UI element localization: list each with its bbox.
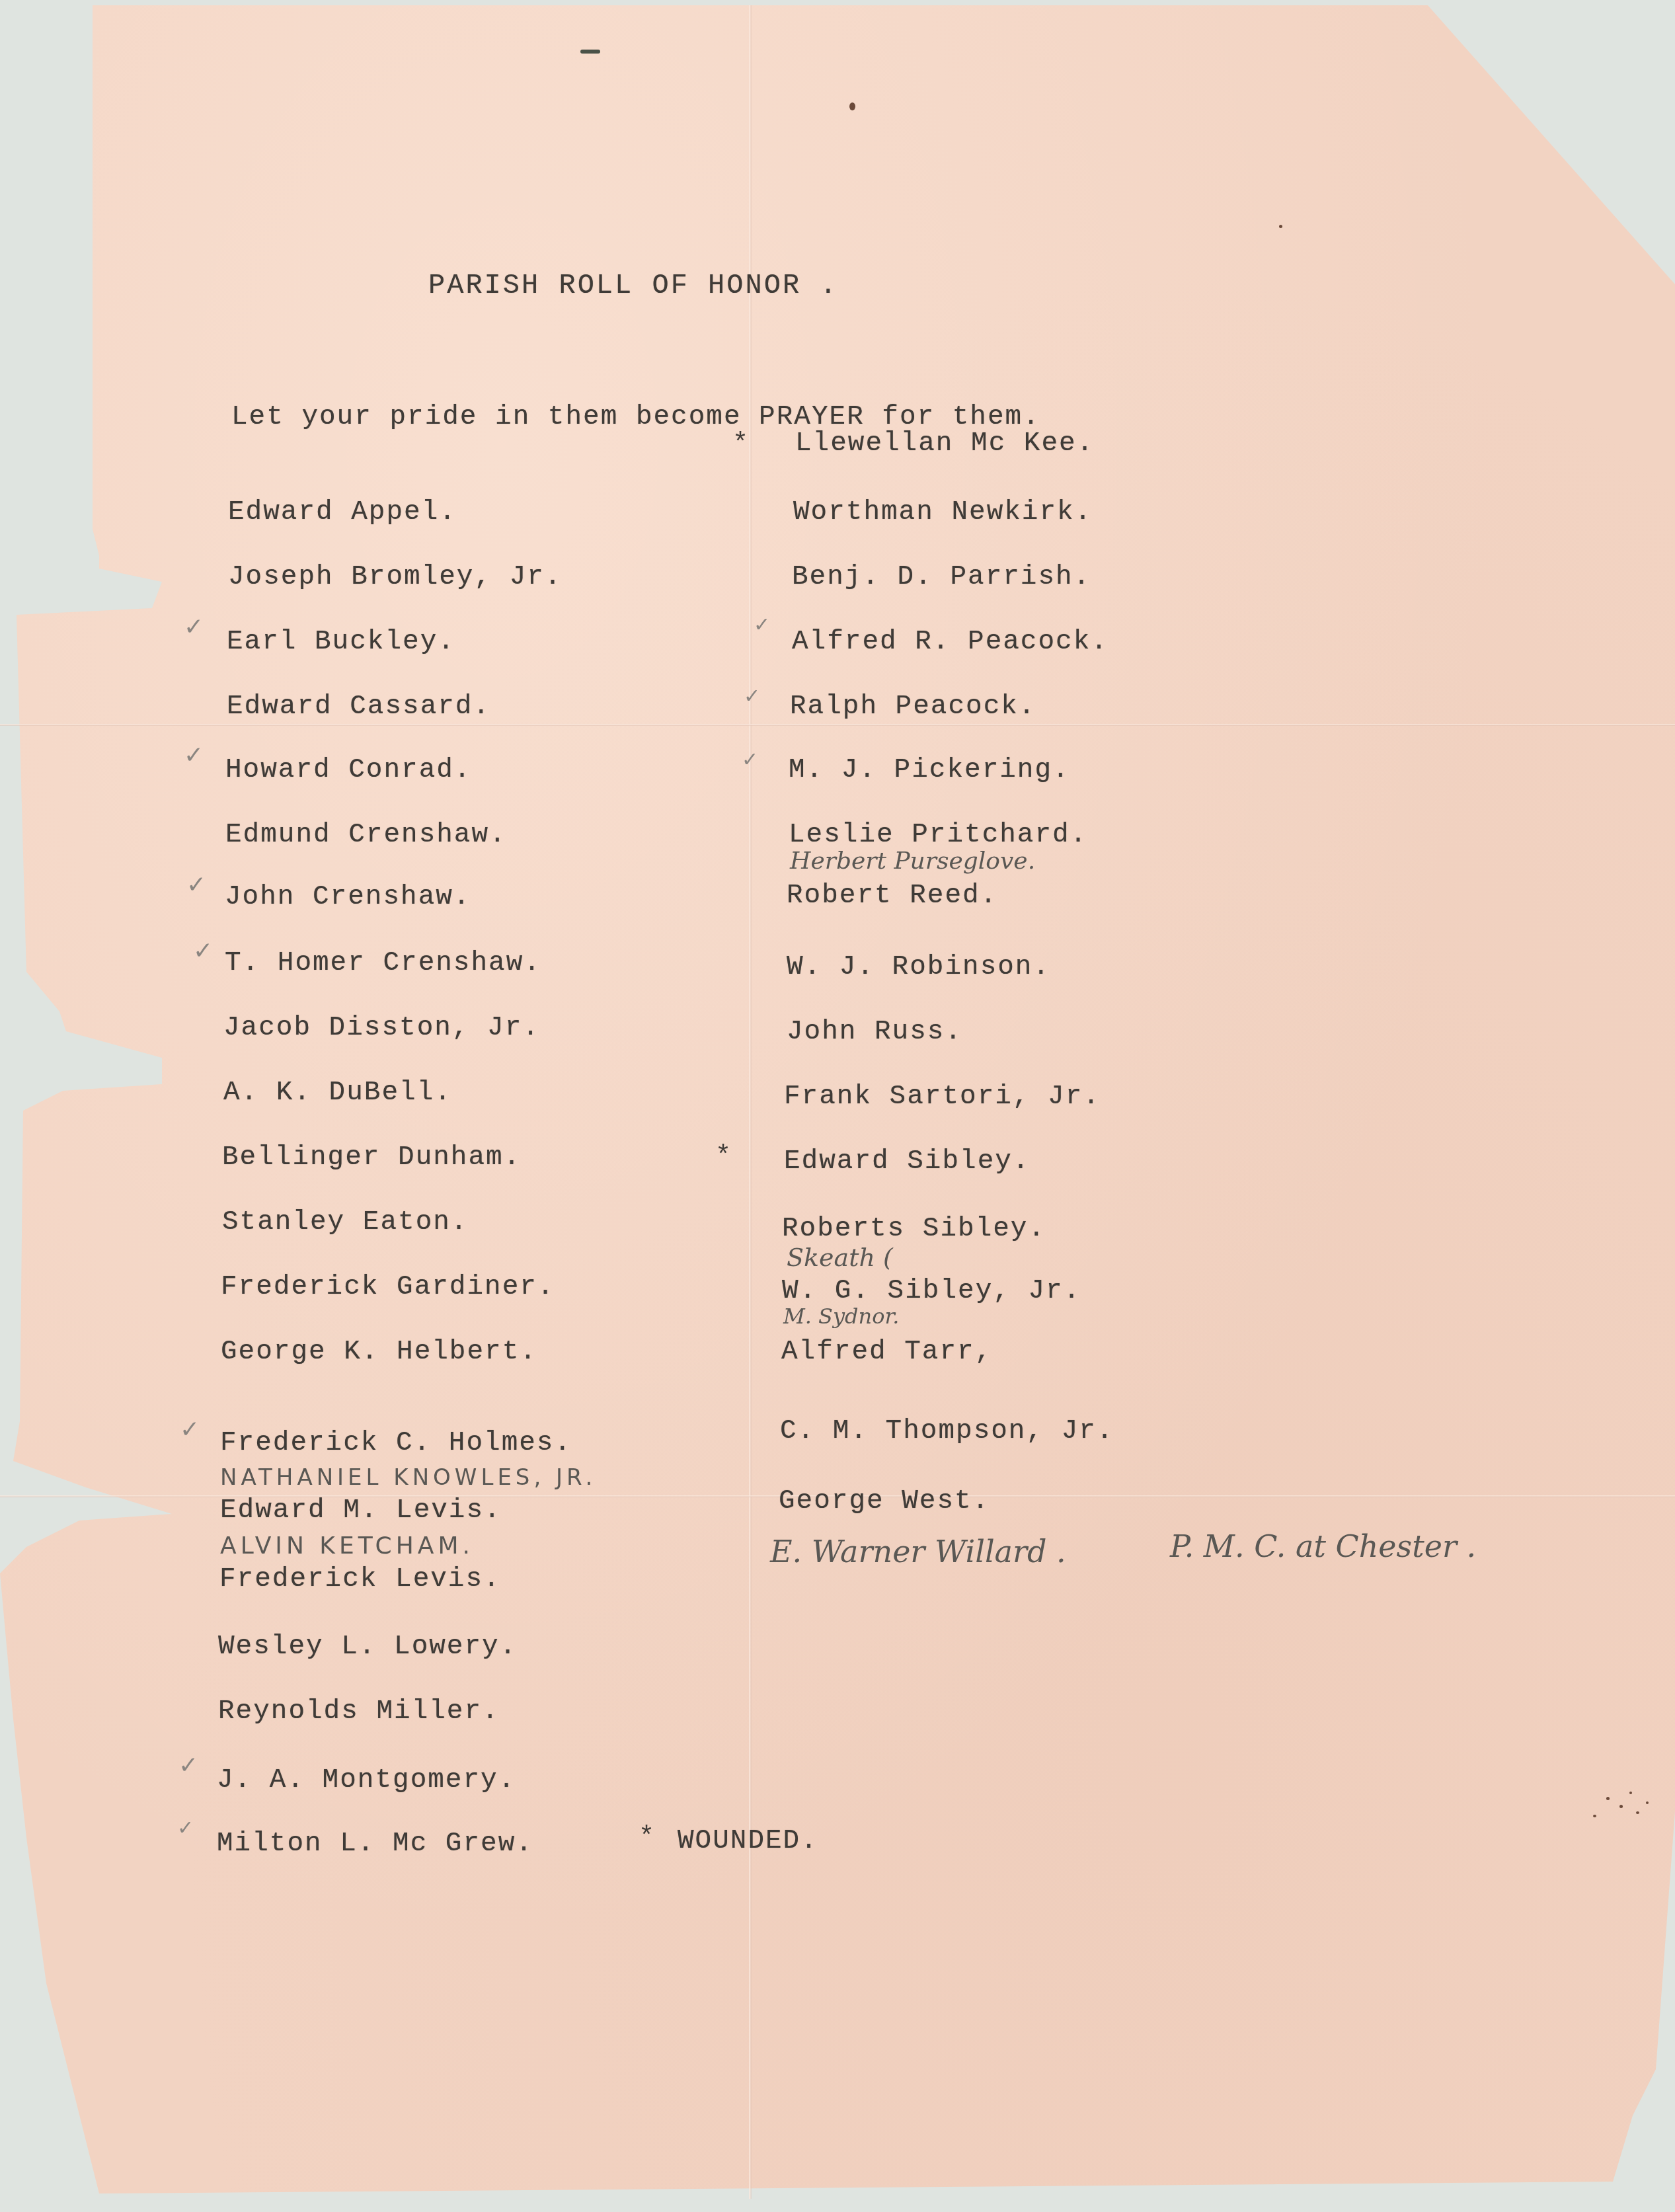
vertical-fold-line: [749, 5, 752, 2199]
check-mark-icon: ✓: [186, 871, 206, 898]
honor-roll-name: Frederick Levis.: [219, 1564, 501, 1595]
check-mark-icon: ✓: [178, 1752, 198, 1779]
wounded-asterisk-icon: *: [732, 430, 748, 459]
honor-roll-name: Bellinger Dunham.: [222, 1142, 521, 1173]
check-mark-icon: ✓: [180, 1416, 200, 1443]
honor-roll-name: Roberts Sibley.: [782, 1214, 1046, 1244]
honor-roll-name: John Crenshaw.: [225, 882, 471, 912]
honor-roll-name: Reynolds Miller.: [218, 1696, 500, 1727]
honor-roll-name: Leslie Pritchard.: [789, 820, 1087, 850]
honor-roll-name: Ralph Peacock.: [790, 691, 1036, 722]
honor-roll-name: Joseph Bromley, Jr.: [228, 562, 562, 592]
honor-roll-name: George K. Helbert.: [221, 1337, 537, 1367]
check-mark-icon: ✓: [193, 937, 213, 965]
honor-roll-name: Howard Conrad.: [225, 755, 471, 785]
honor-roll-name: Edmund Crenshaw.: [225, 820, 507, 850]
wounded-legend: WOUNDED.: [678, 1826, 818, 1856]
handwritten-name: Skeath (: [787, 1243, 893, 1272]
ink-speck: [1636, 1811, 1639, 1814]
honor-roll-name: M. J. Pickering.: [789, 755, 1070, 785]
honor-roll-name: George West.: [779, 1486, 990, 1517]
ink-speck: [1279, 225, 1282, 228]
honor-roll-name: Earl Buckley.: [227, 627, 455, 657]
honor-roll-name: John Russ.: [787, 1017, 962, 1047]
honor-roll-name: Stanley Eaton.: [222, 1207, 468, 1238]
check-mark-icon: ✓: [742, 748, 758, 771]
honor-roll-name: W. J. Robinson.: [787, 952, 1050, 982]
honor-roll-name: Wesley L. Lowery.: [218, 1632, 517, 1662]
honor-roll-name: Milton L. Mc Grew.: [217, 1829, 533, 1859]
handwritten-name: NATHANIEL KNOWLES, JR.: [220, 1464, 596, 1491]
honor-roll-name: J. A. Montgomery.: [217, 1765, 516, 1796]
honor-roll-name: Worthman Newkirk.: [793, 497, 1092, 528]
check-mark-icon: ✓: [184, 742, 204, 769]
ink-mark: [580, 50, 600, 54]
ink-speck: [849, 102, 855, 110]
check-mark-icon: ✓: [754, 613, 770, 637]
handwritten-name: Herbert Purseglove.: [790, 848, 1035, 875]
wounded-asterisk-icon: *: [715, 1142, 731, 1172]
honor-roll-name: T. Homer Crenshaw.: [225, 948, 541, 978]
page-title: PARISH ROLL OF HONOR .: [428, 270, 839, 301]
handwritten-name: E. Warner Willard .: [770, 1534, 1066, 1569]
ink-speck: [1593, 1815, 1596, 1817]
check-mark-icon: ✓: [184, 613, 204, 641]
handwritten-note: P. M. C. at Chester .: [1170, 1528, 1476, 1564]
honor-roll-name: Edward Appel.: [228, 497, 457, 528]
honor-roll-name: Edward Sibley.: [784, 1146, 1030, 1177]
handwritten-name: M. Sydnor.: [783, 1304, 899, 1329]
honor-roll-name: Alfred Tarr,: [781, 1337, 992, 1367]
horizontal-fold-line-upper: [0, 724, 1675, 726]
ink-speck: [1606, 1797, 1610, 1800]
check-mark-icon: ✓: [744, 685, 760, 708]
ink-speck: [1646, 1801, 1649, 1804]
honor-roll-name: Jacob Disston, Jr.: [223, 1013, 540, 1043]
wounded-asterisk-icon: *: [639, 1823, 654, 1853]
honor-roll-name: Edward Cassard.: [227, 691, 490, 722]
honor-roll-name: Benj. D. Parrish.: [792, 562, 1091, 592]
honor-roll-name: Frederick C. Holmes.: [220, 1428, 572, 1458]
honor-roll-name: C. M. Thompson, Jr.: [780, 1416, 1114, 1446]
check-mark-icon: ✓: [177, 1817, 194, 1840]
handwritten-name: ALVIN KETCHAM.: [220, 1532, 474, 1560]
honor-roll-name: Frank Sartori, Jr.: [784, 1082, 1101, 1112]
honor-roll-name: Alfred R. Peacock.: [792, 627, 1109, 657]
honor-roll-name: Edward M. Levis.: [220, 1495, 502, 1526]
honor-roll-name: Robert Reed.: [787, 881, 997, 911]
honor-roll-name: W. G. Sibley, Jr.: [782, 1276, 1081, 1306]
ink-speck: [1629, 1792, 1632, 1794]
honor-roll-name: Frederick Gardiner.: [221, 1272, 555, 1302]
ink-speck: [1619, 1805, 1623, 1808]
honor-roll-name: A. K. DuBell.: [223, 1078, 452, 1108]
honor-roll-name: Llewellan Mc Kee.: [795, 428, 1094, 459]
